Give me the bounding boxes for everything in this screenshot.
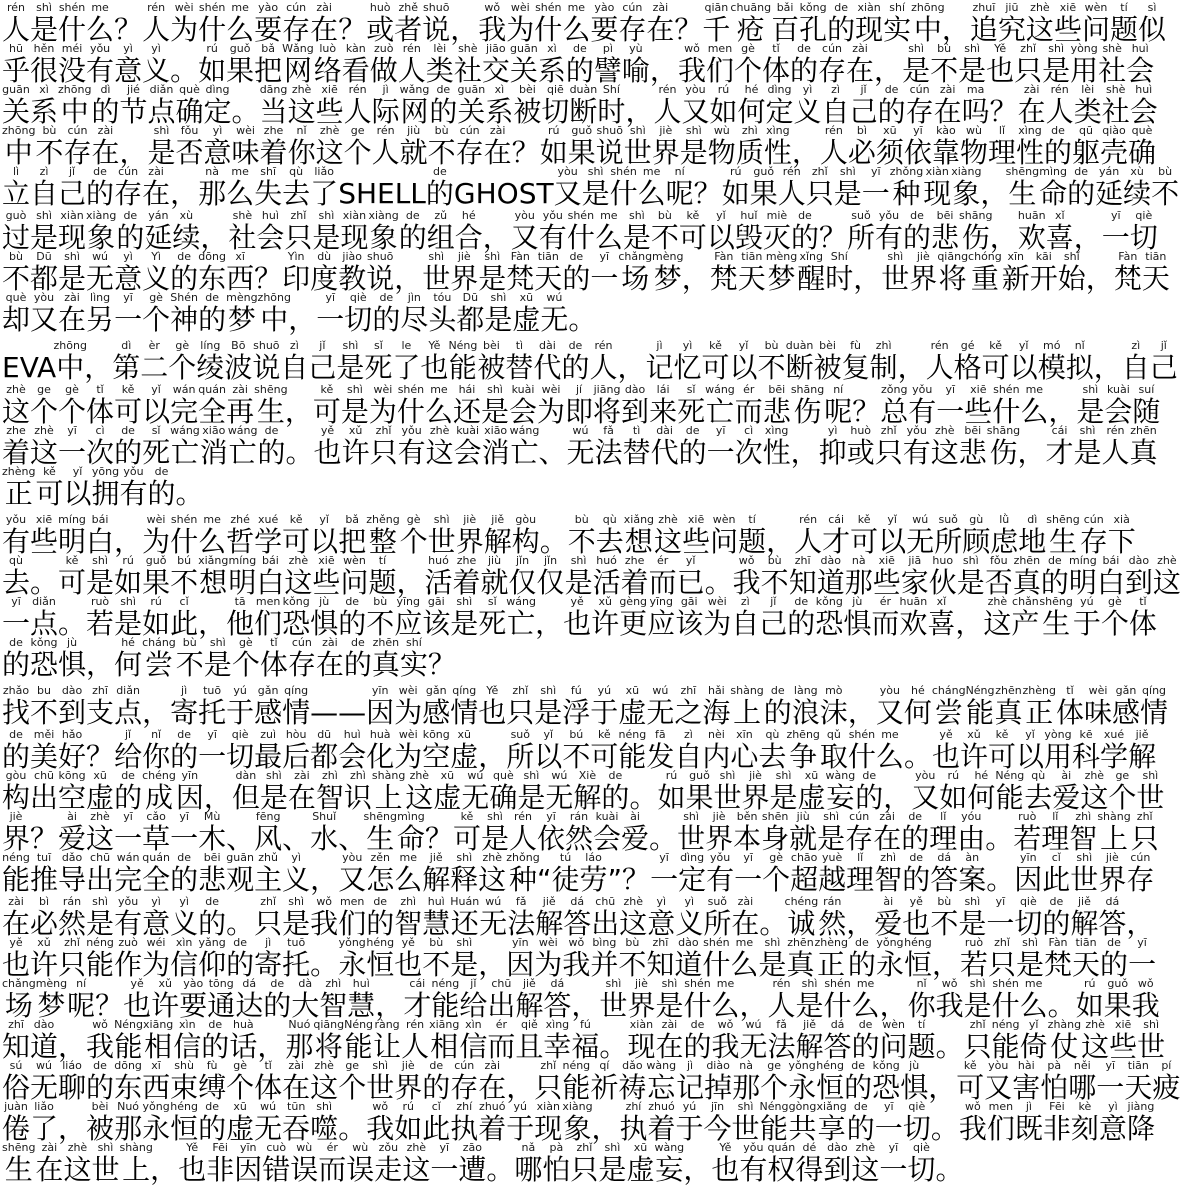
hanzi-with-pinyin: 在zài <box>35 1153 63 1186</box>
hanzi-with-pinyin: 许xǔ <box>342 436 370 469</box>
hanzi-with-pinyin: 重chóng <box>968 262 1002 295</box>
hanzi-with-pinyin: 体tǐ <box>1056 696 1084 729</box>
hanzi-with-pinyin: 的de <box>148 477 176 510</box>
hanzi-with-pinyin: 真zhēn <box>995 696 1023 729</box>
hanzi-with-pinyin: 虚xū <box>512 303 540 336</box>
hanzi-with-pinyin: 案àn <box>958 863 986 896</box>
latin-text: SHELL <box>338 177 426 210</box>
hanzi-with-pinyin: 天tiān <box>1142 262 1170 295</box>
punctuation: ？ <box>694 177 722 210</box>
hanzi-with-pinyin: 爱ài <box>621 822 649 855</box>
hanzi-with-pinyin: 只zhǐ <box>570 1153 598 1186</box>
punctuation: ， <box>1086 262 1114 295</box>
hanzi-with-pinyin: 错cuò <box>262 1153 290 1186</box>
punctuation: 。 <box>935 1153 963 1186</box>
hanzi-with-pinyin: 才cái <box>1045 436 1073 469</box>
hanzi-with-pinyin: 妄wàng <box>654 1153 683 1186</box>
hanzi-with-pinyin: 亡wáng <box>228 436 258 469</box>
hanzi-with-pinyin: 被bèi <box>814 351 842 384</box>
hanzi-with-pinyin: 惧jù <box>843 607 871 640</box>
hanzi-with-pinyin: 么me <box>638 177 666 210</box>
hanzi-with-pinyin: 在zài <box>142 177 170 210</box>
hanzi-with-pinyin: 也Yě <box>986 54 1014 87</box>
hanzi-with-pinyin: 恐kǒng <box>815 607 843 640</box>
hanzi-with-pinyin: 醒xǐng <box>797 262 825 295</box>
hanzi-with-pinyin: 上shàng <box>730 696 763 729</box>
hanzi-with-pinyin: 了le <box>392 351 420 384</box>
punctuation: ， <box>682 262 710 295</box>
hanzi-with-pinyin: 一yī <box>316 303 344 336</box>
hanzi-with-pinyin: 的de <box>198 303 226 336</box>
hanzi-with-pinyin: 尝cháng <box>142 648 176 681</box>
punctuation: ， <box>853 262 881 295</box>
hanzi-with-pinyin: 一yī <box>862 177 890 210</box>
hanzi-with-pinyin: 消xiāo <box>482 436 510 469</box>
hanzi-with-pinyin: 代dài <box>533 351 561 384</box>
hanzi-with-pinyin: 被bèi <box>477 351 505 384</box>
hanzi-with-pinyin: 的de <box>372 303 400 336</box>
hanzi-with-pinyin: 记jì <box>645 351 673 384</box>
hanzi-with-pinyin: 情qíng <box>450 696 478 729</box>
hanzi-with-pinyin: 这zhè <box>478 863 506 896</box>
hanzi-with-pinyin: 怕pà <box>542 1153 570 1186</box>
hanzi-with-pinyin: 真zhēn <box>372 648 400 681</box>
hanzi-with-pinyin: 既jì <box>1015 1112 1043 1145</box>
hanzi-with-pinyin: 情qíng <box>1140 696 1168 729</box>
hanzi-with-pinyin: 也Yě <box>711 1153 739 1186</box>
hanzi-with-pinyin: 开kāi <box>1030 262 1058 295</box>
hanzi-with-pinyin: 种zhǒng <box>506 863 537 896</box>
hanzi-with-pinyin: 梦mèng <box>766 262 797 295</box>
hanzi-with-pinyin: 说shuō <box>252 351 280 384</box>
hanzi-with-pinyin: 是shì <box>450 607 478 640</box>
hanzi-with-pinyin: 格gé <box>954 351 982 384</box>
hanzi-with-pinyin: 点diǎn <box>114 696 142 729</box>
punctuation: 、 <box>539 436 567 469</box>
hanzi-with-pinyin: 于yú <box>590 696 618 729</box>
hanzi-with-pinyin: 为wèi <box>394 696 422 729</box>
hanzi-with-pinyin: 己jǐ <box>58 177 86 210</box>
hanzi-with-pinyin: 许xǔ <box>591 607 619 640</box>
hanzi-with-pinyin: 惧jù <box>58 648 86 681</box>
hanzi-with-pinyin: 尝cháng <box>932 696 966 729</box>
hanzi-with-pinyin: 感gǎn <box>422 696 450 729</box>
punctuation: ， <box>288 303 316 336</box>
punctuation: ， <box>848 696 876 729</box>
hanzi-with-pinyin: 有yǒu <box>903 436 931 469</box>
hanzi-with-pinyin: 续xù <box>1123 177 1151 210</box>
hanzi-with-pinyin: 正zhèng <box>1023 696 1056 729</box>
hanzi-with-pinyin: 一yī <box>590 262 618 295</box>
hanzi-with-pinyin: 的de <box>787 607 815 640</box>
hanzi-with-pinyin: 可kě <box>702 351 730 384</box>
hanzi-with-pinyin: 象xiàng <box>951 177 980 210</box>
punctuation: ， <box>86 648 114 681</box>
punctuation: ， <box>791 436 819 469</box>
punctuation: ， <box>1094 351 1122 384</box>
hanzi-with-pinyin: 己jǐ <box>308 351 336 384</box>
hanzi-with-pinyin: 水Shuǐ <box>310 822 338 855</box>
hanzi-with-pinyin: 于yú <box>226 696 254 729</box>
hanzi-with-pinyin: 是shì <box>484 303 512 336</box>
latin-text: GHOST <box>454 177 554 210</box>
hanzi-with-pinyin: 沫mò <box>820 696 848 729</box>
hanzi-with-pinyin: 世shì <box>1070 863 1098 896</box>
hanzi-with-pinyin: 绫líng <box>196 351 224 384</box>
punctuation: 。 <box>986 863 1014 896</box>
hanzi-with-pinyin: 自zì <box>1122 351 1150 384</box>
hanzi-with-pinyin: 因yīn <box>234 1153 262 1186</box>
hanzi-with-pinyin: 在zài <box>646 13 674 46</box>
hanzi-with-pinyin: 能Néng <box>448 351 477 384</box>
hanzi-with-pinyin: 的de <box>764 696 792 729</box>
hanzi-with-pinyin: 这zhè <box>63 1153 91 1186</box>
hanzi-with-pinyin: 却què <box>2 303 30 336</box>
hanzi-with-pinyin: 更gèng <box>619 607 647 640</box>
hanzi-with-pinyin: 出chū <box>86 863 114 896</box>
hanzi-with-pinyin: 悲bēi <box>959 436 987 469</box>
hanzi-with-pinyin: 疲pí <box>1152 1071 1180 1104</box>
hanzi-with-pinyin: 是shì <box>534 696 562 729</box>
hanzi-with-pinyin: 的de <box>170 863 198 896</box>
hanzi-with-pinyin: 抑yì <box>819 436 847 469</box>
hanzi-with-pinyin: 又yòu <box>876 696 904 729</box>
hanzi-with-pinyin: 义yì <box>282 863 310 896</box>
hanzi-with-pinyin: 也Yě <box>178 1153 206 1186</box>
hanzi-with-pinyin: 这zhè <box>851 1153 879 1186</box>
hanzi-with-pinyin: 死sǐ <box>478 607 506 640</box>
hanzi-with-pinyin: 又yòu <box>554 177 582 210</box>
hanzi-with-pinyin: 能néng <box>2 863 30 896</box>
hanzi-with-pinyin: 主zhǔ <box>254 863 282 896</box>
punctuation: 。 <box>486 1153 514 1186</box>
hanzi-with-pinyin: 二èr <box>140 351 168 384</box>
hanzi-with-pinyin: 世shì <box>881 262 909 295</box>
hanzi-with-pinyin: 一yī <box>430 1153 458 1186</box>
hanzi-with-pinyin: 梵Fàn <box>1044 948 1072 981</box>
hanzi-with-pinyin: 生shēng <box>2 1153 35 1186</box>
hanzi-with-pinyin: 到dào <box>58 696 86 729</box>
hanzi-with-pinyin: 不bù <box>758 351 786 384</box>
hanzi-with-pinyin: 的de <box>426 177 454 210</box>
hanzi-with-pinyin: 自zì <box>30 177 58 210</box>
hanzi-with-pinyin: 在zài <box>484 136 512 169</box>
hanzi-with-pinyin: 命mìng <box>1039 177 1067 210</box>
hanzi-with-pinyin: 误wù <box>346 1153 374 1186</box>
hanzi-with-pinyin: 超chāo <box>790 863 818 896</box>
punctuation: ， <box>142 696 170 729</box>
punctuation: ， <box>898 351 926 384</box>
hanzi-with-pinyin: 的de <box>561 351 589 384</box>
hanzi-with-pinyin: 是shì <box>598 1153 626 1186</box>
hanzi-with-pinyin: 此cǐ <box>1042 863 1070 896</box>
hanzi-with-pinyin: 刻kè <box>1071 1112 1099 1145</box>
hanzi-with-pinyin: 如rú <box>722 177 750 210</box>
hanzi-with-pinyin: 切qiè <box>344 303 372 336</box>
punctuation: ， <box>150 1153 178 1186</box>
hanzi-with-pinyin: 梵Fàn <box>710 262 738 295</box>
hanzi-with-pinyin: 天tiān <box>738 262 766 295</box>
hanzi-with-pinyin: 存cún <box>1126 863 1154 896</box>
hanzi-with-pinyin: 时Shí <box>825 262 853 295</box>
hanzi-with-pinyin: 全quán <box>142 863 170 896</box>
hanzi-with-pinyin: 有yǒu <box>706 863 734 896</box>
hanzi-with-pinyin: 伤shāng <box>987 436 1018 469</box>
hanzi-with-pinyin: 以yǐ <box>1010 351 1038 384</box>
hanzi-with-pinyin: 理lǐ <box>846 863 874 896</box>
hanzi-with-pinyin: 浮fú <box>562 696 590 729</box>
hanzi-with-pinyin: 是shì <box>204 648 232 681</box>
hanzi-with-pinyin: 为wèi <box>537 395 565 428</box>
hanzi-with-pinyin: 哪nǎ <box>514 1153 542 1186</box>
hanzi-with-pinyin: 延yán <box>1095 177 1123 210</box>
hanzi-with-pinyin: 一yī <box>707 436 735 469</box>
hanzi-with-pinyin: 想xiǎng <box>198 566 228 599</box>
hanzi-with-pinyin: 这zhè <box>931 436 959 469</box>
hanzi-with-pinyin: 观guān <box>226 863 254 896</box>
hanzi-with-pinyin: 为wèi <box>170 13 198 46</box>
hanzi-with-pinyin: 体tǐ <box>1129 607 1157 640</box>
hanzi-with-pinyin: 欢huān <box>899 607 927 640</box>
hanzi-with-pinyin: 新xīn <box>1002 262 1030 295</box>
hanzi-with-pinyin: 可kě <box>58 566 86 599</box>
hanzi-with-pinyin: 感gǎn <box>254 696 282 729</box>
hanzi-with-pinyin: 第dì <box>112 351 140 384</box>
hanzi-with-pinyin: 的de <box>1067 177 1095 210</box>
hanzi-with-pinyin: 产chǎn <box>1011 607 1039 640</box>
hanzi-with-pinyin: 切qiè <box>907 1153 935 1186</box>
hanzi-with-pinyin: 找zhǎo <box>2 696 30 729</box>
hanzi-with-pinyin: 场chǎng <box>618 262 652 295</box>
hanzi-with-pinyin: 复fù <box>842 351 870 384</box>
hanzi-with-pinyin: 以yǐ <box>730 351 758 384</box>
hanzi-with-pinyin: 正zhèng <box>2 477 35 510</box>
hanzi-with-pinyin: 上shàng <box>119 1153 150 1186</box>
hanzi-with-pinyin: 我wǒ <box>310 907 338 940</box>
hanzi-with-pinyin: 一yī <box>114 303 142 336</box>
hanzi-with-pinyin: 是shì <box>1074 436 1102 469</box>
hanzi-with-pinyin: 果guǒ <box>750 177 778 210</box>
hanzi-with-pinyin: 寄jì <box>170 696 198 729</box>
hanzi-with-pinyin: 喜xǐ <box>927 607 955 640</box>
punctuation: ， <box>617 351 645 384</box>
hanzi-with-pinyin: 而ér <box>318 1153 346 1186</box>
hanzi-with-pinyin: 有yǒu <box>120 477 148 510</box>
hanzi-with-pinyin: 而ér <box>871 607 899 640</box>
hanzi-with-pinyin: 个gè <box>232 648 260 681</box>
punctuation: ， <box>310 863 338 896</box>
hanzi-with-pinyin: 味wèi <box>1084 696 1112 729</box>
hanzi-with-pinyin: 拟nǐ <box>1066 351 1094 384</box>
hanzi-with-pinyin: 人rén <box>926 351 954 384</box>
punctuation: ， <box>535 607 563 640</box>
hanzi-with-pinyin: 中zhōng <box>258 303 289 336</box>
hanzi-with-pinyin: 在zài <box>316 648 344 681</box>
punctuation: ， <box>683 1153 711 1186</box>
hanzi-with-pinyin: 界jiè <box>909 262 937 295</box>
hanzi-with-pinyin: 感gǎn <box>1112 696 1140 729</box>
essay-paragraph-1: 人rén是shì什shén么me？人rén为wèi什shén么me要yào存cú… <box>2 2 1182 340</box>
hanzi-with-pinyin: 义yì <box>794 95 822 128</box>
hanzi-with-pinyin: 不bù <box>930 907 958 940</box>
hanzi-with-pinyin: 只zhǐ <box>806 177 834 210</box>
hanzi-with-pinyin: 智zhì <box>874 863 902 896</box>
hanzi-with-pinyin: 替tì <box>505 351 533 384</box>
hanzi-with-pinyin: 人rén <box>1102 436 1130 469</box>
hanzi-with-pinyin: 虚xū <box>626 1153 654 1186</box>
hanzi-with-pinyin: 的de <box>258 436 286 469</box>
hanzi-with-pinyin: 真zhēn <box>1130 436 1158 469</box>
hanzi-with-pinyin: 的de <box>344 648 372 681</box>
hanzi-with-pinyin: 也Yě <box>420 351 448 384</box>
hanzi-with-pinyin: 支zhī <box>86 696 114 729</box>
hanzi-with-pinyin: 也Yě <box>478 696 506 729</box>
hanzi-with-pinyin: 无wú <box>540 303 568 336</box>
punctuation: 。 <box>985 822 1013 855</box>
hanzi-with-pinyin: 头tóu <box>428 303 456 336</box>
hanzi-with-pinyin: 亡wáng <box>510 436 539 469</box>
hanzi-with-pinyin: 浪làng <box>792 696 820 729</box>
hanzi-with-pinyin: 将qiāng <box>937 262 968 295</box>
punctuation: ， <box>980 177 1008 210</box>
hanzi-with-pinyin: 的de <box>2 648 30 681</box>
hanzi-with-pinyin: 遭zāo <box>458 1153 486 1186</box>
hanzi-with-pinyin: 立lì <box>2 177 30 210</box>
hanzi-with-pinyin: 性xìng <box>763 436 791 469</box>
hanzi-with-pinyin: 悲bēi <box>198 863 226 896</box>
hanzi-with-pinyin: 亡wáng <box>506 607 535 640</box>
hanzi-with-pinyin: 现xiàn <box>923 177 951 210</box>
hanzi-with-pinyin: 次cì <box>735 436 763 469</box>
hanzi-with-pinyin: 为wèi <box>703 607 731 640</box>
hanzi-with-pinyin: 恐kǒng <box>30 648 58 681</box>
hanzi-with-pinyin: 会kuài <box>454 436 482 469</box>
essay-paragraph-2: EVA中zhōng，第dì二èr个gè绫líng波Bō说shuō自zì己jǐ是s… <box>2 340 1182 514</box>
hanzi-with-pinyin: 以yǐ <box>63 477 91 510</box>
hanzi-with-pinyin: 解jiě <box>422 863 450 896</box>
hanzi-with-pinyin: 梦mèng <box>226 303 257 336</box>
hanzi-with-pinyin: 个gè <box>168 351 196 384</box>
hanzi-with-pinyin: 得dé <box>795 1153 823 1186</box>
hanzi-with-pinyin: 权quán <box>767 1153 795 1186</box>
hanzi-with-pinyin: 这zhè <box>402 1153 430 1186</box>
hanzi-with-pinyin: 只zhǐ <box>875 436 903 469</box>
hanzi-with-pinyin: 死sǐ <box>364 351 392 384</box>
hanzi-with-pinyin: 这zhè <box>1153 566 1181 599</box>
hanzi-with-pinyin: 梦mèng <box>652 262 682 295</box>
hanzi-with-pinyin: 托tuō <box>198 696 226 729</box>
hanzi-with-pinyin: 何hé <box>904 696 932 729</box>
hanzi-with-pinyin: 的de <box>679 436 707 469</box>
hanzi-with-pinyin: 代dài <box>651 436 679 469</box>
hanzi-with-pinyin: 法fǎ <box>595 436 623 469</box>
punctuation: ， <box>928 1071 956 1104</box>
hanzi-with-pinyin: 界jiè <box>1098 863 1126 896</box>
punctuation: ？ <box>428 648 456 681</box>
hanzi-with-pinyin: 个ge <box>338 1071 366 1104</box>
hanzi-with-pinyin: 世shì <box>91 1153 119 1186</box>
hanzi-with-pinyin: 情qíng <box>282 696 310 729</box>
hanzi-with-pinyin: 波Bō <box>224 351 252 384</box>
hanzi-with-pinyin: 节jié <box>119 95 147 128</box>
hanzi-with-pinyin: 徒tú <box>552 863 580 896</box>
hanzi-with-pinyin: 可kě <box>35 477 63 510</box>
hanzi-with-pinyin: 这zhè <box>426 436 454 469</box>
hanzi-with-pinyin: 忆yì <box>674 351 702 384</box>
hanzi-with-pinyin: 无wú <box>479 907 507 940</box>
hanzi-with-pinyin: 导dǎo <box>58 863 86 896</box>
hanzi-with-pinyin: 模mó <box>1038 351 1066 384</box>
hanzi-with-pinyin: 去qù <box>282 177 310 210</box>
hanzi-with-pinyin: 又yòu <box>30 303 58 336</box>
hanzi-with-pinyin: 尽jìn <box>400 303 428 336</box>
hanzi-with-pinyin: 这zhè <box>983 607 1011 640</box>
hanzi-with-pinyin: 己jǐ <box>759 607 787 640</box>
hanzi-with-pinyin: 那nà <box>198 177 226 210</box>
hanzi-with-pinyin: 劳láo <box>580 863 608 896</box>
hanzi-with-pinyin: 存cún <box>456 136 484 169</box>
hanzi-with-pinyin: 实shí <box>400 648 428 681</box>
hanzi-with-pinyin: 什shén <box>610 177 638 210</box>
hanzi-with-pinyin: 些xiē <box>30 525 58 558</box>
hanzi-with-pinyin: 走zǒu <box>374 1153 402 1186</box>
hanzi-with-pinyin: 我wǒ <box>959 1112 987 1145</box>
hanzi-with-pinyin: 神Shén <box>170 303 198 336</box>
hanzi-with-pinyin: 一yī <box>650 863 678 896</box>
punctuation: 。 <box>568 303 596 336</box>
punctuation: ？ <box>512 136 540 169</box>
essay-paragraph-4: 找zhǎo不bu到dào支zhī点diǎn，寄jì托tuō于yú感gǎn情qín… <box>2 685 1182 1190</box>
hanzi-with-pinyin: 拥yōng <box>91 477 119 510</box>
hanzi-with-pinyin: 就jiù <box>400 136 428 169</box>
hanzi-with-pinyin: 非Fēi <box>1043 1112 1071 1145</box>
punctuation: ， <box>1017 436 1045 469</box>
hanzi-with-pinyin: 祈qí <box>590 1071 618 1104</box>
hanzi-with-pinyin: 喻yù <box>622 54 650 87</box>
hanzi-with-pinyin: 因yīn <box>366 696 394 729</box>
pinyin-annotated-essay: 人rén是shì什shén么me？人rén为wèi什shén么me要yào存cú… <box>0 0 1184 1190</box>
hanzi-with-pinyin: 断duàn <box>786 351 814 384</box>
hanzi-with-pinyin: 存cún <box>288 648 316 681</box>
hanzi-with-pinyin: 是shì <box>336 351 364 384</box>
hanzi-with-pinyin: 生shēng <box>1039 607 1072 640</box>
hanzi-with-pinyin: 另lìng <box>86 303 114 336</box>
hanzi-with-pinyin: 出chū <box>30 781 58 814</box>
hanzi-with-pinyin: 有yǒu <box>398 436 426 469</box>
hanzi-with-pinyin: 中zhōng <box>56 351 84 384</box>
hanzi-with-pinyin: 仅jǐn <box>537 566 565 599</box>
hanzi-with-pinyin: 的de <box>86 177 114 210</box>
hanzi-with-pinyin: 的de <box>902 863 930 896</box>
hanzi-with-pinyin: 个gè <box>142 303 170 336</box>
hanzi-with-pinyin: 在zài <box>58 303 86 336</box>
hanzi-with-pinyin: 可kě <box>982 351 1010 384</box>
hanzi-with-pinyin: 存cún <box>114 177 142 210</box>
hanzi-with-pinyin: 怎zěn <box>366 863 394 896</box>
hanzi-with-pinyin: 是shì <box>582 177 610 210</box>
punctuation: 。 <box>286 436 314 469</box>
punctuation: —— <box>310 696 366 729</box>
hanzi-with-pinyin: 呢ní <box>666 177 694 210</box>
latin-text: EVA <box>2 351 56 384</box>
hanzi-with-pinyin: 于yú <box>1073 607 1101 640</box>
punctuation: 。 <box>176 477 204 510</box>
hanzi-with-pinyin: 种zhǒng <box>890 177 923 210</box>
hanzi-with-pinyin: 又yòu <box>338 863 366 896</box>
hanzi-with-pinyin: 始shǐ <box>1058 262 1086 295</box>
hanzi-with-pinyin: 意yì <box>1099 1112 1127 1145</box>
hanzi-with-pinyin: 个ge <box>344 136 372 169</box>
